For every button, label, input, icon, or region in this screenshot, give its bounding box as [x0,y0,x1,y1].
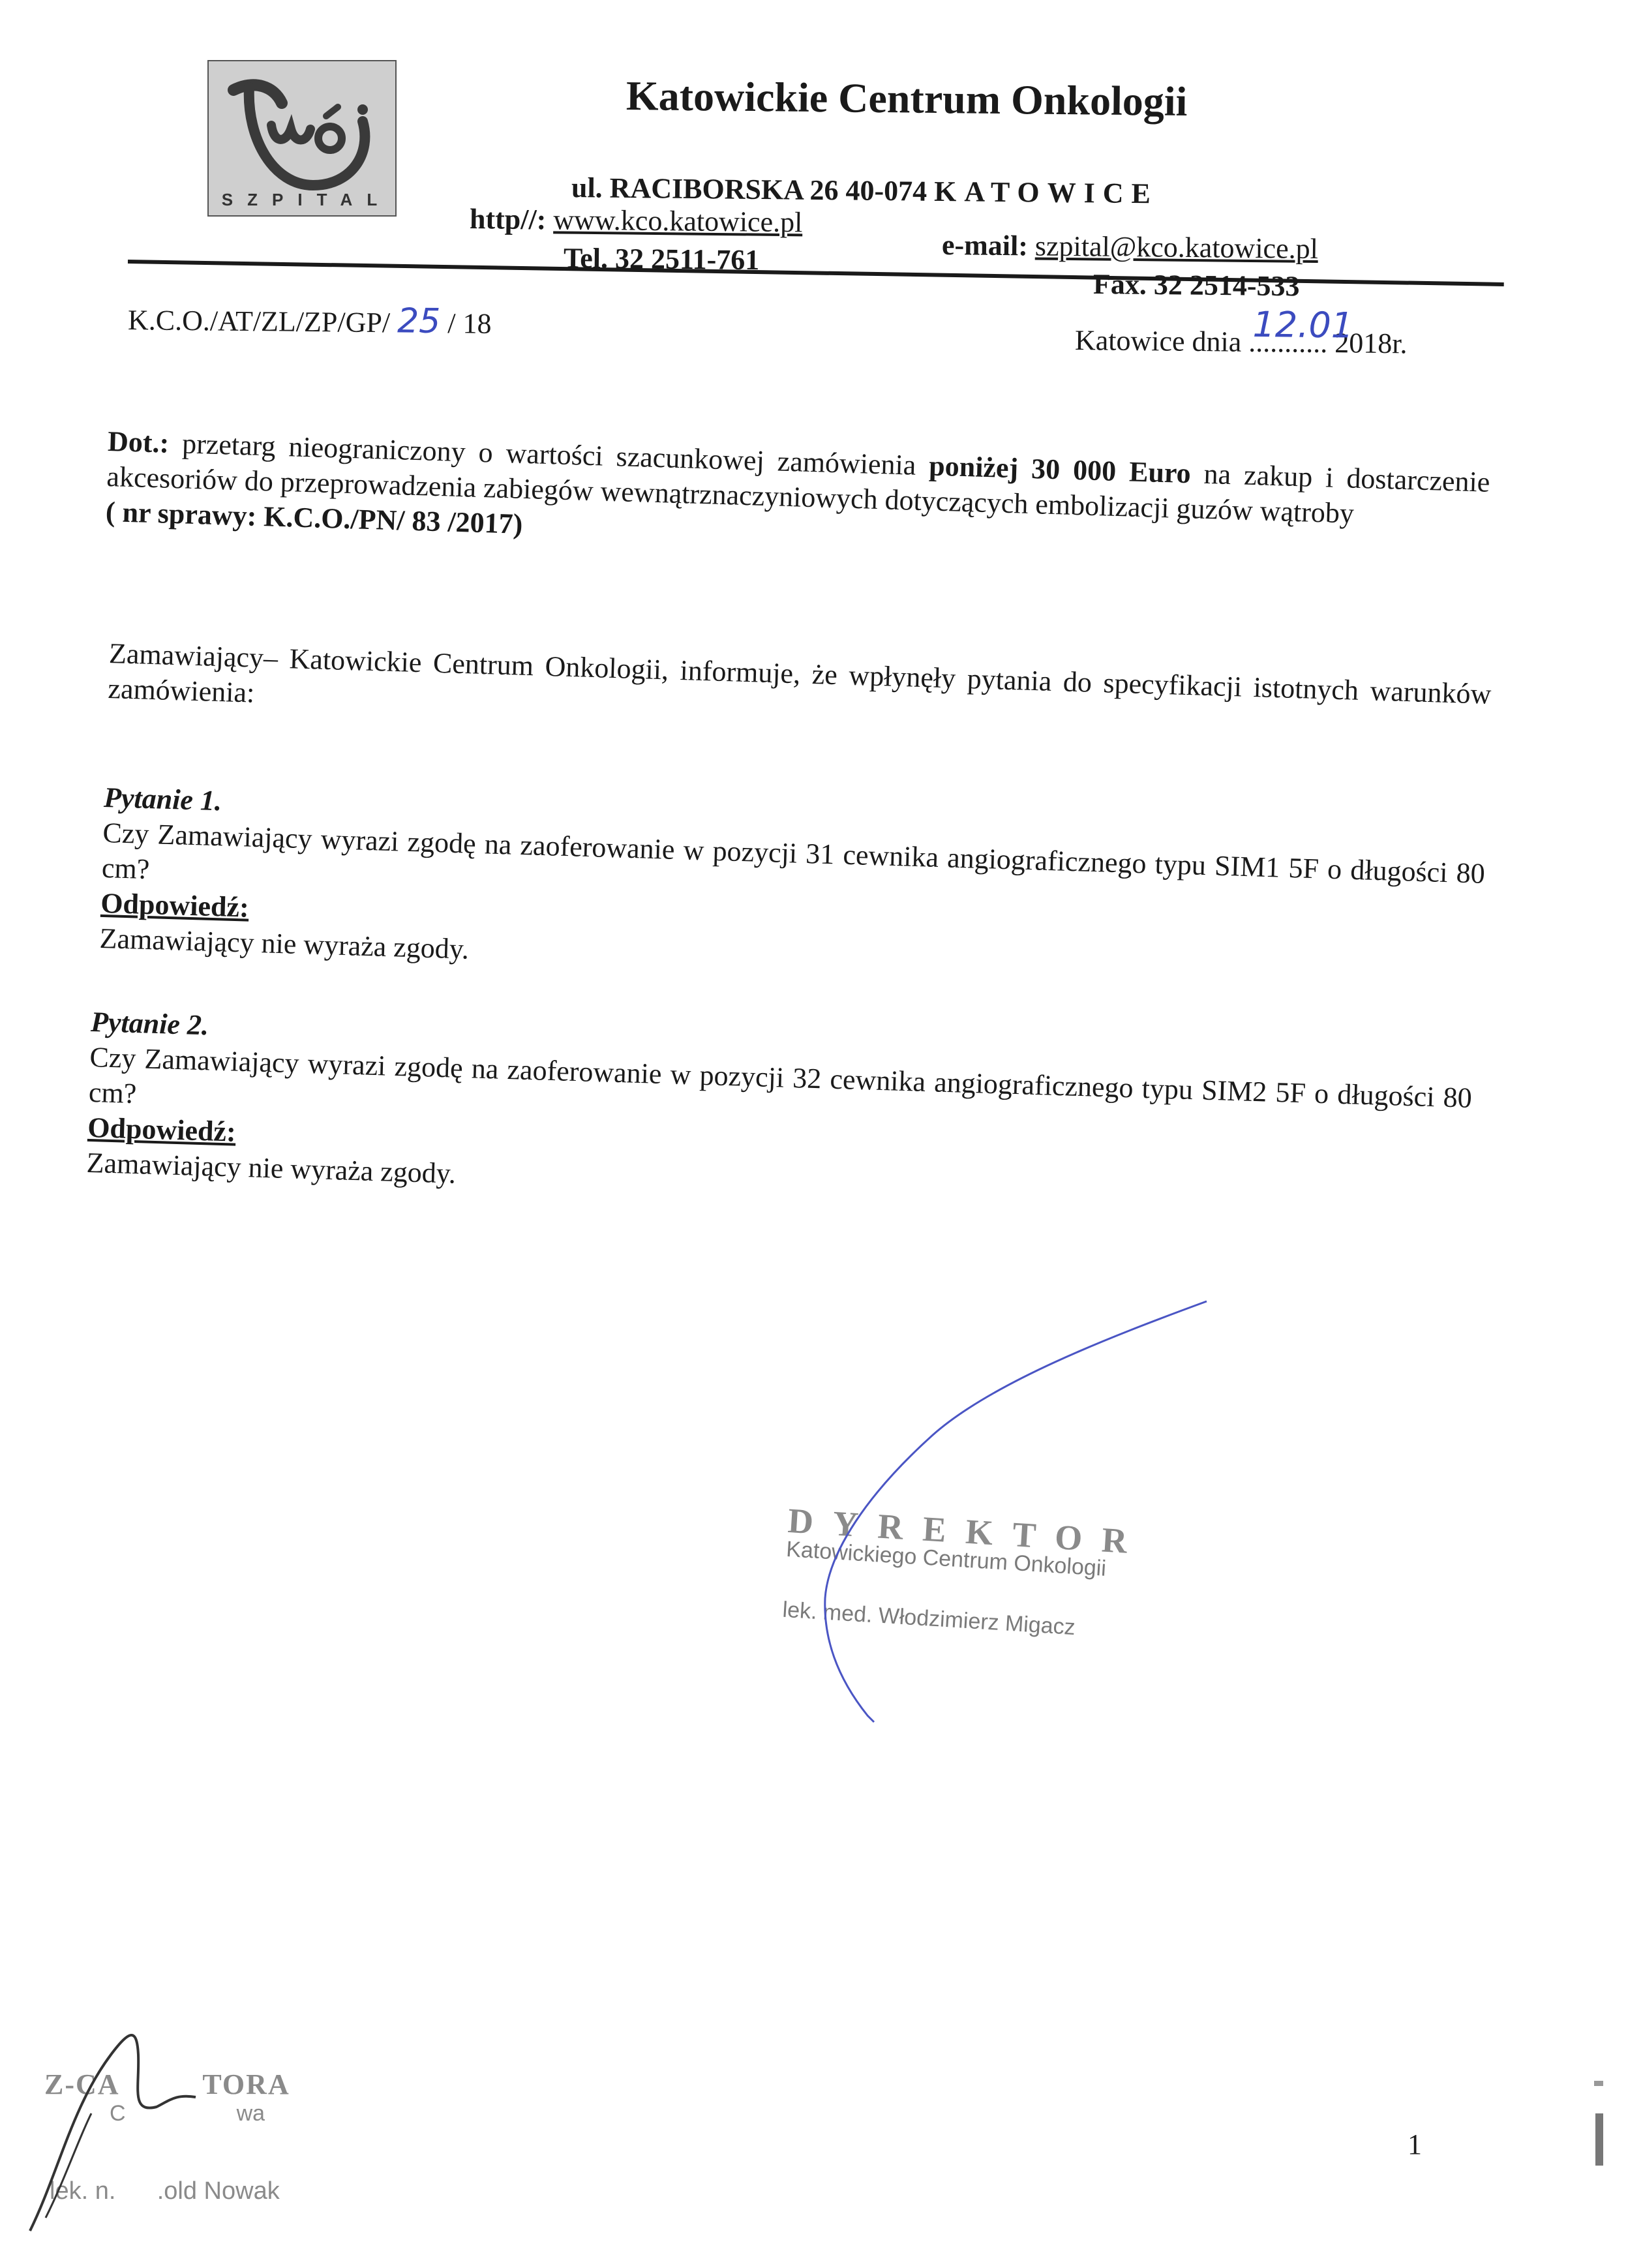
stamp-person: lek. med. Włodzimierz Migacz [782,1597,1142,1645]
director-stamp: DYREKTOR Katowickiego Centrum Onkologii … [782,1500,1149,1644]
hospital-logo: SZPITAL [207,60,397,217]
email: e-mail: szpital@kco.katowice.pl [942,228,1318,265]
email-label: e-mail: [942,229,1028,262]
reference-number: K.C.O./AT/ZL/ZP/GP/ 25 / 18 [128,299,492,342]
deputy-stamp: Z-CA TORA C wa lek. n. .old Nowak [44,2068,290,2205]
address-street: ul. RACIBORSKA 26 40-074 [571,172,927,207]
address-city: KATOWICE [934,175,1158,210]
page-number: 1 [1408,2128,1422,2161]
subject-paragraph: Dot.: przetarg nieograniczony o wartości… [105,424,1490,571]
date-label: Katowice dnia [1075,324,1249,358]
handwritten-reference: 25 [397,301,441,341]
fax-number: Fax. 32 2514-533 [1093,267,1300,303]
email-link[interactable]: szpital@kco.katowice.pl [1035,230,1318,265]
intro-paragraph: Zamawiający– Katowickie Centrum Onkologi… [108,636,1492,748]
website-label: http//: [470,203,547,235]
reference-prefix: K.C.O./AT/ZL/ZP/GP/ [128,304,391,339]
subject-label: Dot.: [107,425,170,459]
question-block: Pytanie 2. Czy Zamawiający wyrazi zgodę … [86,1005,1473,1222]
answer-label: Odpowiedź: [87,1111,237,1148]
website: http//: www.kco.katowice.pl [470,202,803,239]
website-link[interactable]: www.kco.katowice.pl [553,204,803,238]
question-block: Pytanie 1. Czy Zamawiający wyrazi zgodę … [99,780,1486,997]
deputy-stamp-subtitle: C wa [110,2101,290,2126]
deputy-stamp-person: lek. n. .old Nowak [50,2177,290,2205]
reference-suffix: / 18 [447,307,492,340]
document-date: Katowice dnia ........... 12.01 2018r. [1075,324,1408,360]
deputy-stamp-title: Z-CA TORA [44,2068,290,2101]
subject-amount: poniżej 30 000 Euro [929,449,1192,489]
logo-caption: SZPITAL [209,190,395,210]
organization-name: Katowickie Centrum Onkologii [626,72,1188,126]
date-field: ........... 12.01 [1248,326,1335,359]
handwritten-date: 12.01 [1252,304,1353,346]
answer-label: Odpowiedź: [100,887,250,924]
